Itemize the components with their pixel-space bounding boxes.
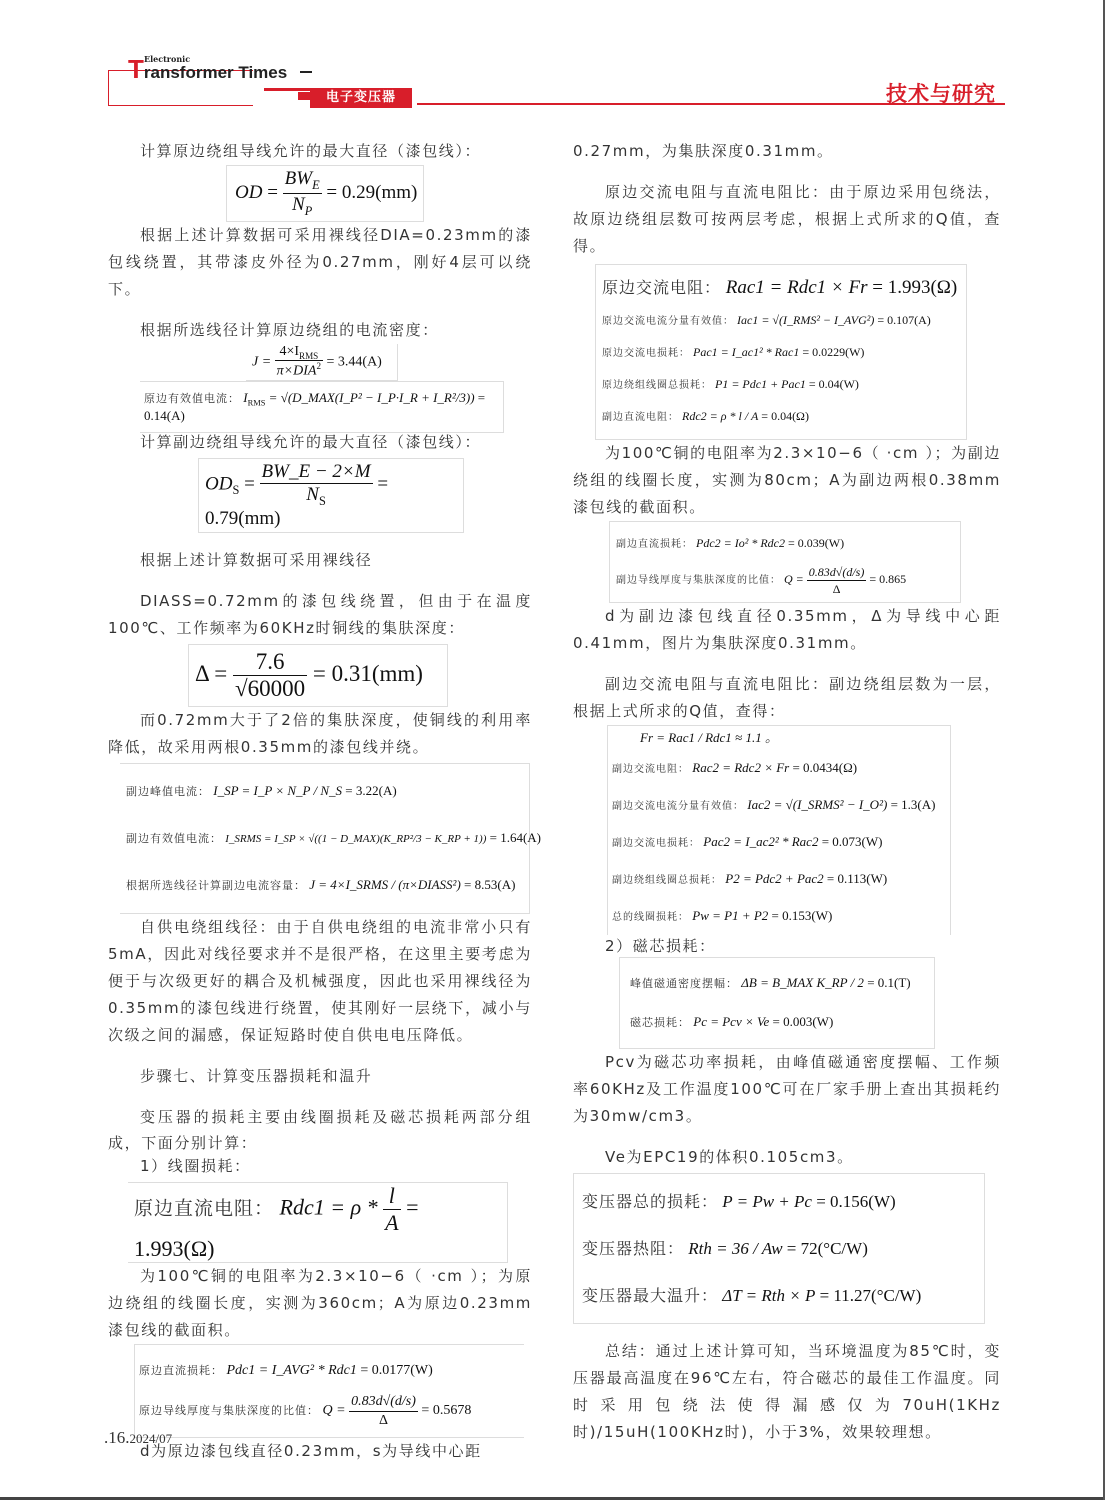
formula-result: = 1.64(A)	[490, 830, 541, 845]
denominator: π×DIA	[277, 364, 317, 379]
logo-dash	[300, 71, 312, 73]
formula-label: 总的线圈损耗：	[612, 912, 689, 923]
formula-expr: Rac1 = Rdc1 × Fr	[726, 277, 868, 298]
paragraph: 而0.72mm大于了2倍的集肤深度，使铜线的利用率降低，故采用两根0.35mm的…	[108, 707, 532, 761]
paragraph: Pcv为磁芯功率损耗，由峰值磁通密度摆幅、工作频率60KHz及工作温度100℃可…	[573, 1049, 1001, 1130]
formula-expr: Pac1 = I_ac1² * Rac1	[693, 345, 799, 359]
formula-line: 原边交流电流分量有效值： Iac1 = √(I_RMS² − I_AVG²) =…	[602, 305, 960, 337]
formula-line: 副边交流电流分量有效值： Iac2 = √(I_SRMS² − I_O²) = …	[612, 787, 946, 824]
formula-line: 原边交流电阻： Rac1 = Rdc1 × Fr = 1.993(Ω)	[602, 271, 960, 305]
formula-current-density: J = 4×IRMSπ×DIA2 = 3.44(A)	[246, 344, 398, 381]
superscript: 2	[316, 361, 321, 371]
formula-expr: Iac1 = √(I_RMS² − I_AVG²)	[737, 313, 874, 327]
numerator: l	[389, 1183, 395, 1208]
fraction: BWENP	[283, 168, 322, 219]
formula-label: 副边峰值电流：	[126, 785, 210, 798]
formula-label: 副边交流电流分量有效值：	[612, 801, 744, 812]
formula-expr: Pdc2 = Io² * Rdc2	[696, 536, 785, 550]
subscript: S	[232, 483, 239, 497]
formula-result: = 0.107(A)	[877, 313, 930, 327]
formula-line: 副边导线厚度与集肤深度的比值： Q = 0.83d√(d/s)Δ = 0.865	[616, 562, 954, 598]
formula-result: = 0.31(mm)	[313, 661, 423, 686]
formula-lhs: Q =	[784, 572, 804, 586]
formula-line: Fr = Rac1 / Rdc1 ≈ 1.1 。	[612, 726, 946, 750]
paragraph: Ve为EPC19的体积0.105cm3。	[573, 1144, 1001, 1171]
formula-label: 磁芯损耗：	[630, 1016, 690, 1029]
formula-label: 副边有效值电流：	[126, 832, 222, 845]
fraction: 4×IRMSπ×DIA2	[275, 344, 323, 380]
formula-expr: Rdc2 = ρ * l / A	[682, 409, 758, 423]
formula-expr: Fr = Rac1 / Rdc1 ≈ 1.1 。	[640, 730, 778, 745]
formula-line: 原边直流损耗： Pdc1 = I_AVG² * Rdc1 = 0.0177(W)	[139, 1351, 520, 1391]
paragraph: 计算副边绕组导线允许的最大直径（漆包线）：	[108, 429, 532, 456]
formula-label: 副边直流损耗：	[616, 539, 693, 550]
formula-rdc1: 原边直流电阻： Rdc1 = ρ * lA = 1.993(Ω)	[128, 1182, 508, 1263]
formula-result: = 1.993(Ω)	[872, 277, 957, 298]
fraction: 0.83d√(d/s)Δ	[807, 564, 867, 597]
formula-line: 总的线圈损耗： Pw = P1 + P2 = 0.153(W)	[612, 898, 946, 935]
subheading: 2）磁芯损耗：	[573, 935, 1001, 957]
formula-total-loss: 变压器总的损耗： P = Pw + Pc = 0.156(W) 变压器热阻： R…	[573, 1173, 985, 1324]
numerator: BW_E − 2×M	[262, 461, 371, 482]
denominator: Δ	[349, 1412, 418, 1430]
page-number: .16.	[104, 1428, 130, 1447]
paragraph: 计算原边绕组导线允许的最大直径（漆包线）：	[108, 138, 532, 165]
formula-result: = 0.04(Ω)	[761, 409, 809, 423]
conclusion-paragraph: 总结：通过上述计算可知，当环境温度为85℃时，变压器最高温度在96℃左右，符合磁…	[573, 1338, 1001, 1446]
formula-label: 变压器热阻：	[582, 1239, 684, 1258]
formula-label: 原边导线厚度与集肤深度的比值：	[139, 1404, 319, 1417]
formula-result: = 0.156(W)	[816, 1192, 895, 1211]
formula-line: 副边交流电阻： Rac2 = Rdc2 × Fr = 0.0434(Ω)	[612, 750, 946, 787]
formula-lhs: Q =	[323, 1403, 346, 1418]
denominator: A	[385, 1210, 398, 1235]
formula-result: = 0.039(W)	[788, 536, 844, 550]
paragraph: 副边交流电阻与直流电阻比：副边绕组层数为一层，根据上式所求的Q值，查得：	[573, 671, 1001, 725]
formula-expr: P = Pw + Pc	[722, 1192, 812, 1211]
paragraph: 0.27mm，为集肤深度0.31mm。	[573, 138, 1001, 165]
formula-line: 峰值磁通密度摆幅： ΔB = B_MAX K_RP / 2 = 0.1(T)	[630, 964, 924, 1003]
numerator: 4×I	[279, 344, 299, 359]
formula-line: 副边绕组线圈总损耗： P2 = Pdc2 + Pac2 = 0.113(W)	[612, 861, 946, 898]
formula-line: 副边交流电损耗： Pac2 = I_ac2² * Rac2 = 0.073(W)	[612, 824, 946, 861]
formula-lhs: J =	[252, 354, 271, 369]
right-column: 0.27mm，为集肤深度0.31mm。 原边交流电阻与直流电阻比：由于原边采用包…	[573, 138, 1001, 1446]
formula-line: 变压器总的损耗： P = Pw + Pc = 0.156(W)	[582, 1178, 976, 1225]
paragraph: 变压器的损耗主要由线圈损耗及磁芯损耗两部分组成，下面分别计算：	[108, 1104, 532, 1156]
formula-expr: Pdc1 = I_AVG² * Rdc1	[227, 1363, 357, 1378]
formula-lhs: OD	[205, 473, 232, 494]
formula-od: OD = BWENP = 0.29(mm)	[226, 165, 424, 222]
formula-expr: I_SP = I_P × N_P / N_S	[213, 783, 342, 798]
paragraph: 根据上述计算数据可采用裸线径DIA=0.23mm的漆包线绕置，其带漆皮外径为0.…	[108, 222, 532, 303]
formula-lhs: Δ =	[195, 661, 227, 686]
formula-primary-ac: 原边交流电阻： Rac1 = Rdc1 × Fr = 1.993(Ω) 原边交流…	[595, 264, 967, 440]
fraction: BW_E − 2×MNS	[260, 461, 373, 509]
fraction: lA	[383, 1183, 400, 1236]
numerator: 0.83d√(d/s)	[809, 565, 865, 579]
formula-pdc2-q2: 副边直流损耗： Pdc2 = Io² * Rdc2 = 0.039(W) 副边导…	[609, 521, 961, 603]
issue-date: 2024/07	[130, 1431, 173, 1446]
denominator: Δ	[807, 581, 867, 597]
formula-line: 副边有效值电流： I_SRMS = I_SP × √((1 − D_MAX)(K…	[126, 815, 523, 862]
formula-label: 变压器总的损耗：	[582, 1192, 718, 1211]
formula-skin-depth: Δ = 7.6√60000 = 0.31(mm)	[188, 644, 448, 707]
step-heading: 步骤七、计算变压器损耗和温升	[108, 1063, 532, 1090]
formula-label: 副边直流电阻：	[602, 412, 679, 423]
fraction: 7.6√60000	[233, 649, 307, 702]
formula-result: = 0.073(W)	[822, 834, 883, 849]
formula-expr: Rac2 = Rdc2 × Fr	[692, 760, 789, 775]
formula-result: = 11.27(°C/W)	[820, 1286, 922, 1305]
formula-result: = 0.04(W)	[809, 377, 859, 391]
left-column: 计算原边绕组导线允许的最大直径（漆包线）： OD = BWENP = 0.29(…	[108, 138, 532, 1465]
formula-result: = 0.153(W)	[772, 908, 833, 923]
formula-ods: ODS = BW_E − 2×MNS = 0.79(mm)	[198, 458, 464, 534]
formula-lhs: Rdc1 = ρ *	[280, 1195, 378, 1220]
formula-expr: Pac2 = I_ac2² * Rac2	[703, 834, 818, 849]
denominator: N	[306, 484, 319, 505]
formula-label: 原边交流电流分量有效值：	[602, 316, 734, 327]
paragraph: DIASS=0.72mm的漆包线绕置，但由于在温度100℃、工作频率为60KHz…	[108, 588, 532, 642]
formula-label: 副边交流电损耗：	[612, 838, 700, 849]
subscript: RMS	[248, 398, 266, 408]
formula-line: 变压器最大温升： ΔT = Rth × P = 11.27(°C/W)	[582, 1272, 976, 1319]
formula-core-loss: 峰值磁通密度摆幅： ΔB = B_MAX K_RP / 2 = 0.1(T) 磁…	[619, 957, 935, 1049]
paragraph: 自供电绕组线径：由于自供电绕组的电流非常小只有5mA，因此对线径要求并不是很严格…	[108, 914, 532, 1049]
subscript: P	[305, 204, 313, 218]
numerator: 7.6	[233, 649, 307, 676]
formula-result: = 0.1(T)	[867, 975, 910, 990]
formula-line: 原边绕组线圈总损耗： P1 = Pdc1 + Pac1 = 0.04(W)	[602, 369, 960, 401]
logo-electronic: Electronic	[144, 54, 190, 64]
formula-label: 副边交流电阻：	[612, 764, 689, 775]
denominator: √60000	[233, 676, 307, 702]
formula-expr: J = 4×I_SRMS / (π×DIASS²)	[309, 877, 461, 892]
formula-body: = √(D_MAX(I_P² − I_P·I_R + I_R²/3))	[269, 390, 475, 405]
formula-label: 原边交流电阻：	[602, 278, 721, 297]
subscript: RMS	[299, 350, 318, 360]
formula-label: 峰值磁通密度摆幅：	[630, 977, 738, 990]
paragraph: 为100℃铜的电阻率为2.3×10−6（ ·cm ）；为副边绕组的线圈长度，实测…	[573, 440, 1001, 521]
formula-expr: Pc = Pcv × Ve	[693, 1014, 769, 1029]
formula-label: 副边绕组线圈总损耗：	[612, 875, 722, 886]
paragraph: d为副边漆包线直径0.35mm，Δ为导线中心距0.41mm，图片为集肤深度0.3…	[573, 603, 1001, 657]
section-title: 技术与研究	[886, 78, 996, 108]
journal-cn-name: 电子变压器	[310, 88, 412, 108]
formula-expr: I_SRMS = I_SP × √((1 − D_MAX)(K_RP²/3 − …	[225, 833, 486, 845]
formula-label: 原边直流损耗：	[139, 1364, 223, 1377]
formula-primary-rms: 原边有效值电流： IRMS = √(D_MAX(I_P² − I_P·I_R +…	[140, 381, 504, 433]
formula-label: 变压器最大温升：	[582, 1286, 718, 1305]
formula-secondary-currents: 副边峰值电流： I_SP = I_P × N_P / N_S = 3.22(A)…	[120, 763, 530, 914]
formula-expr: ΔT = Rth × P	[722, 1286, 815, 1305]
formula-line: 副边峰值电流： I_SP = I_P × N_P / N_S = 3.22(A)	[126, 768, 523, 815]
formula-result: = 0.865	[869, 572, 906, 586]
subscript: S	[319, 493, 326, 507]
formula-label: 原边交流电损耗：	[602, 348, 690, 359]
numerator: 0.83d√(d/s)	[351, 1394, 416, 1409]
journal-logo: Electronic Transformer Times	[128, 54, 287, 85]
formula-label: 副边导线厚度与集肤深度的比值：	[616, 575, 781, 586]
paragraph: 原边交流电阻与直流电阻比：由于原边采用包绕法，故原边绕组层数可按两层考虑，根据上…	[573, 179, 1001, 260]
numerator: BW	[285, 168, 312, 189]
formula-result: = 0.29(mm)	[326, 182, 417, 203]
paragraph: 为100℃铜的电阻率为2.3×10−6（ ·cm ）；为原边绕组的线圈长度，实测…	[108, 1263, 532, 1344]
formula-line: 磁芯损耗： Pc = Pcv × Ve = 0.003(W)	[630, 1003, 924, 1042]
formula-result: = 0.113(W)	[827, 871, 887, 886]
fraction: 0.83d√(d/s)Δ	[349, 1393, 418, 1430]
formula-result: = 0.0177(W)	[360, 1363, 432, 1378]
formula-pdc1-q1: 原边直流损耗： Pdc1 = I_AVG² * Rdc1 = 0.0177(W)…	[134, 1344, 524, 1438]
formula-label: 原边直流电阻：	[134, 1198, 274, 1220]
formula-line: 根据所选线径计算副边电流容量： J = 4×I_SRMS / (π×DIASS²…	[126, 862, 523, 909]
formula-lhs: OD	[235, 182, 262, 203]
formula-result: = 0.0229(W)	[802, 345, 864, 359]
formula-expr: ΔB = B_MAX K_RP / 2	[741, 975, 864, 990]
formula-line: 原边导线厚度与集肤深度的比值： Q = 0.83d√(d/s)Δ = 0.567…	[139, 1391, 520, 1431]
formula-result: = 72(°C/W)	[787, 1239, 868, 1258]
formula-result: = 3.44(A)	[327, 354, 382, 369]
page-footer: .16.2024/07	[104, 1428, 172, 1448]
formula-line: 原边交流电损耗： Pac1 = I_ac1² * Rac1 = 0.0229(W…	[602, 337, 960, 369]
formula-result: = 3.22(A)	[345, 783, 396, 798]
subheading: 1）线圈损耗：	[108, 1156, 532, 1176]
formula-label: 原边有效值电流：	[144, 392, 240, 405]
formula-label: 根据所选线径计算副边电流容量：	[126, 879, 306, 892]
formula-line: 副边直流电阻： Rdc2 = ρ * l / A = 0.04(Ω)	[602, 401, 960, 433]
formula-expr: Rth = 36 / Aw	[688, 1239, 782, 1258]
formula-secondary-ac: Fr = Rac1 / Rdc1 ≈ 1.1 。 副边交流电阻： Rac2 = …	[607, 725, 951, 935]
formula-expr: Pw = P1 + P2	[692, 908, 768, 923]
formula-expr: Iac2 = √(I_SRMS² − I_O²)	[747, 797, 887, 812]
formula-expr: P1 = Pdc1 + Pac1	[715, 377, 806, 391]
formula-result: = 0.5678	[421, 1403, 471, 1418]
formula-label: 原边绕组线圈总损耗：	[602, 380, 712, 391]
paragraph: 根据上述计算数据可采用裸线径	[108, 547, 532, 574]
formula-line: 变压器热阻： Rth = 36 / Aw = 72(°C/W)	[582, 1225, 976, 1272]
subscript: E	[312, 178, 320, 192]
formula-result: = 0.003(W)	[773, 1014, 834, 1029]
formula-result: = 0.0434(Ω)	[792, 760, 857, 775]
formula-result: = 8.53(A)	[464, 877, 515, 892]
paragraph: 根据所选线径计算原边绕组的电流密度：	[108, 317, 532, 344]
formula-line: 副边直流损耗： Pdc2 = Io² * Rdc2 = 0.039(W)	[616, 526, 954, 562]
logo-big-t: T	[128, 54, 144, 84]
logo-title: ransformer Times	[144, 63, 287, 82]
denominator: N	[292, 194, 305, 215]
formula-expr: P2 = Pdc2 + Pac2	[725, 871, 823, 886]
formula-result: = 1.3(A)	[891, 797, 936, 812]
